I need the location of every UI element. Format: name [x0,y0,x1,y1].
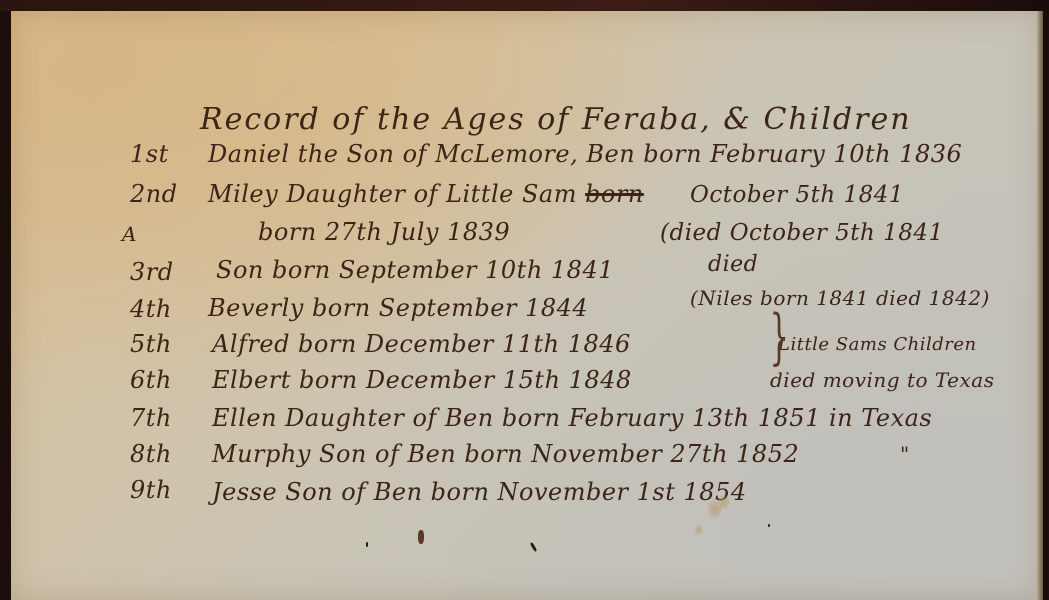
entry-ordinal: 3rd [130,258,174,286]
brace-mark: } [770,302,789,372]
margin-note: (died October 5th 1841 [660,220,944,246]
entry-text: Ellen Daughter of Ben born February 13th… [212,404,932,432]
ink-speck [366,542,368,547]
document-title: Record of the Ages of Feraba, & Children [200,102,912,137]
ink-speck [768,524,770,527]
entry-marker: A [122,222,137,246]
entry-ordinal: 2nd [130,180,178,208]
entry-text: Miley Daughter of Little Sam born [208,180,644,208]
margin-note: died [708,252,758,277]
entry-ordinal: 9th [130,476,172,504]
dark-backing-top [0,0,1049,11]
stain [718,495,730,509]
entry-text: Elbert born December 15th 1848 [212,366,632,394]
entry-ordinal: 5th [130,330,172,358]
entry-ordinal: 7th [130,404,172,432]
margin-note: (Niles born 1841 died 1842) [690,286,990,310]
entry-text: Son born September 10th 1841 [216,256,614,284]
ditto-mark: " [900,442,910,466]
margin-note: died moving to Texas [770,368,994,392]
entry-text: Murphy Son of Ben born November 27th 185… [212,440,799,468]
page-edge [1037,11,1043,600]
entry-continuation: born 27th July 1839 [258,218,510,246]
ink-blot [418,530,424,544]
margin-note: October 5th 1841 [690,182,904,208]
margin-note: Little Sams Children [778,334,977,355]
entry-text: Beverly born September 1844 [208,294,588,322]
entry-ordinal: 4th [130,295,172,323]
entry-text: Daniel the Son of McLemore, Ben born Feb… [208,140,962,168]
entry-text: Alfred born December 11th 1846 [212,330,631,358]
struck-word: born [585,180,644,208]
entry-ordinal: 1st [130,140,169,168]
stain [695,525,703,535]
entry-ordinal: 8th [130,440,172,468]
entry-main: Miley Daughter of Little Sam [208,180,577,208]
entry-text: Jesse Son of Ben born November 1st 1854 [212,478,747,506]
entry-ordinal: 6th [130,366,172,394]
